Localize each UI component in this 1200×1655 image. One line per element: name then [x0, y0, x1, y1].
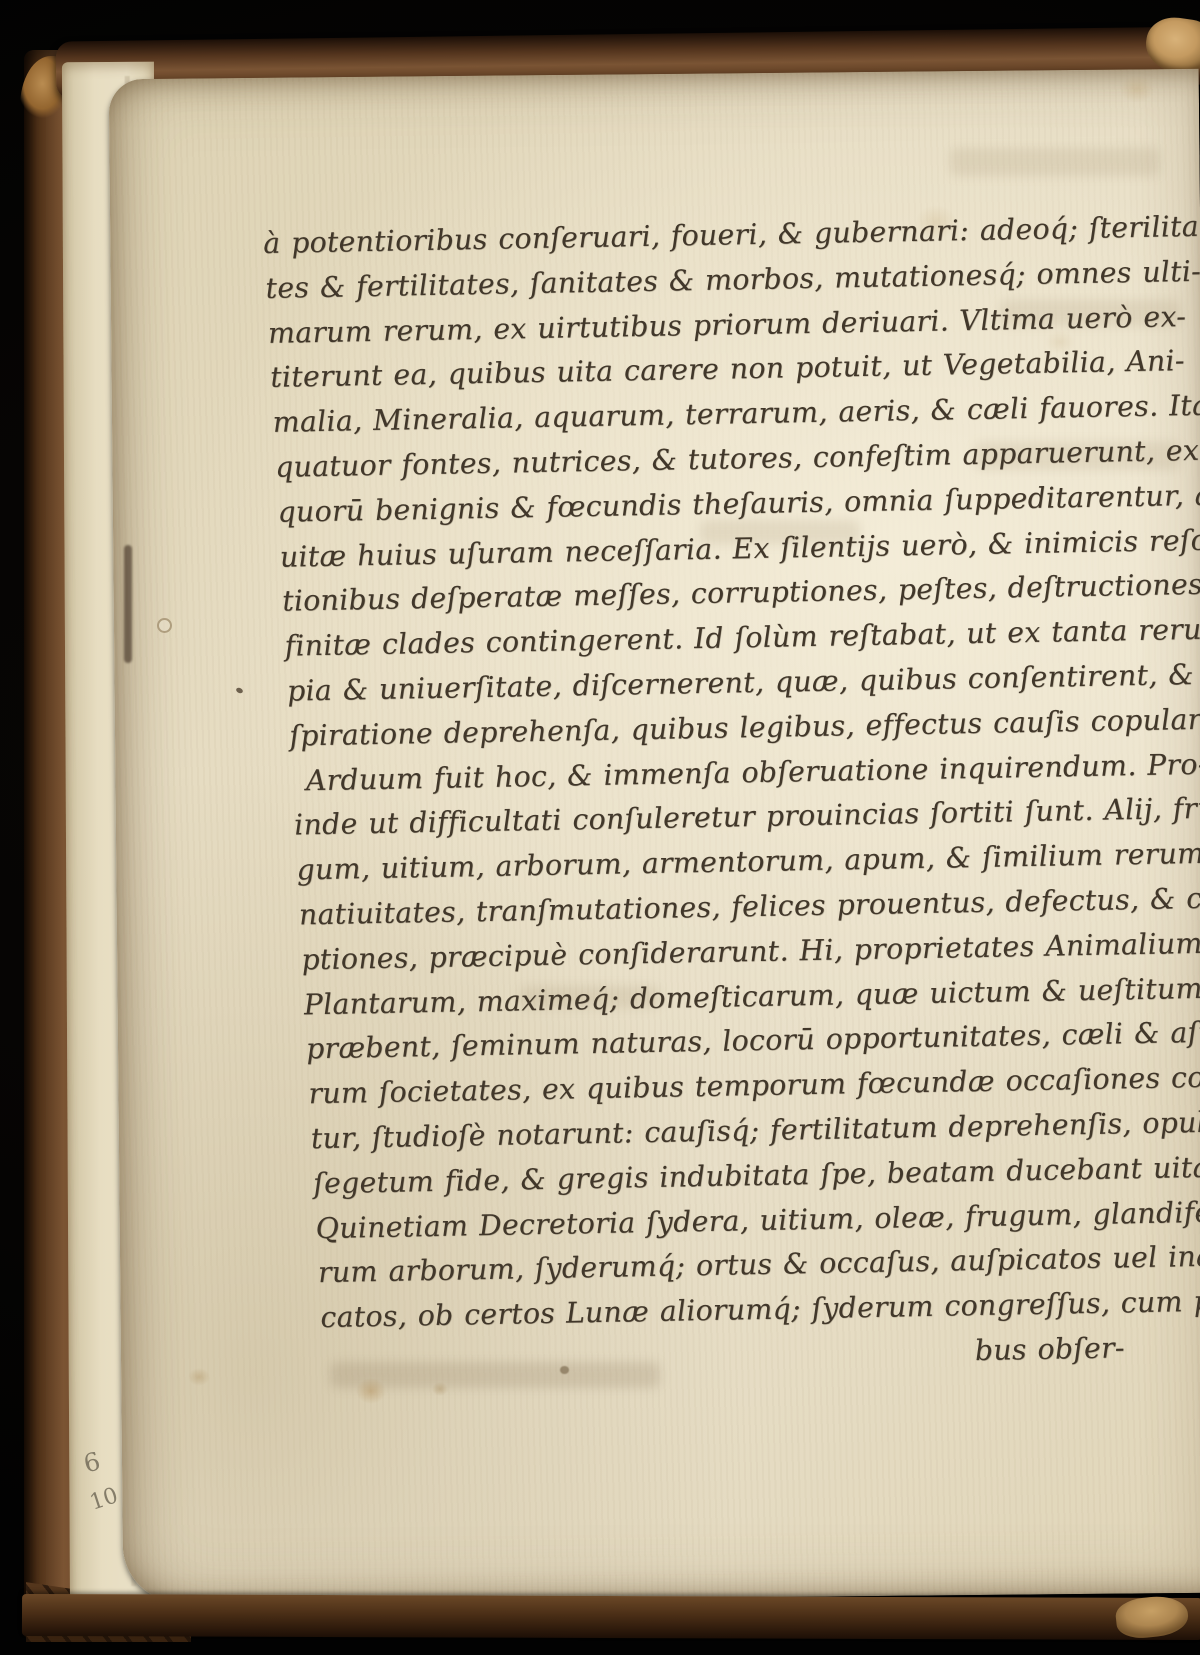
show-through-stain — [950, 148, 1160, 176]
photo-background: à potentioribus conſeruari, foueri, & gu… — [0, 0, 1200, 1655]
fold-crease-mark — [124, 545, 132, 663]
wormhole-mark — [157, 618, 172, 633]
foxing-stain — [188, 1368, 210, 1386]
foxing-stain — [432, 1382, 448, 1396]
book-binding-bottom-edge — [22, 1594, 1200, 1640]
text-block: à potentioribus conſeruari, foueri, & gu… — [262, 206, 1174, 1385]
foxing-stain — [1120, 75, 1154, 103]
